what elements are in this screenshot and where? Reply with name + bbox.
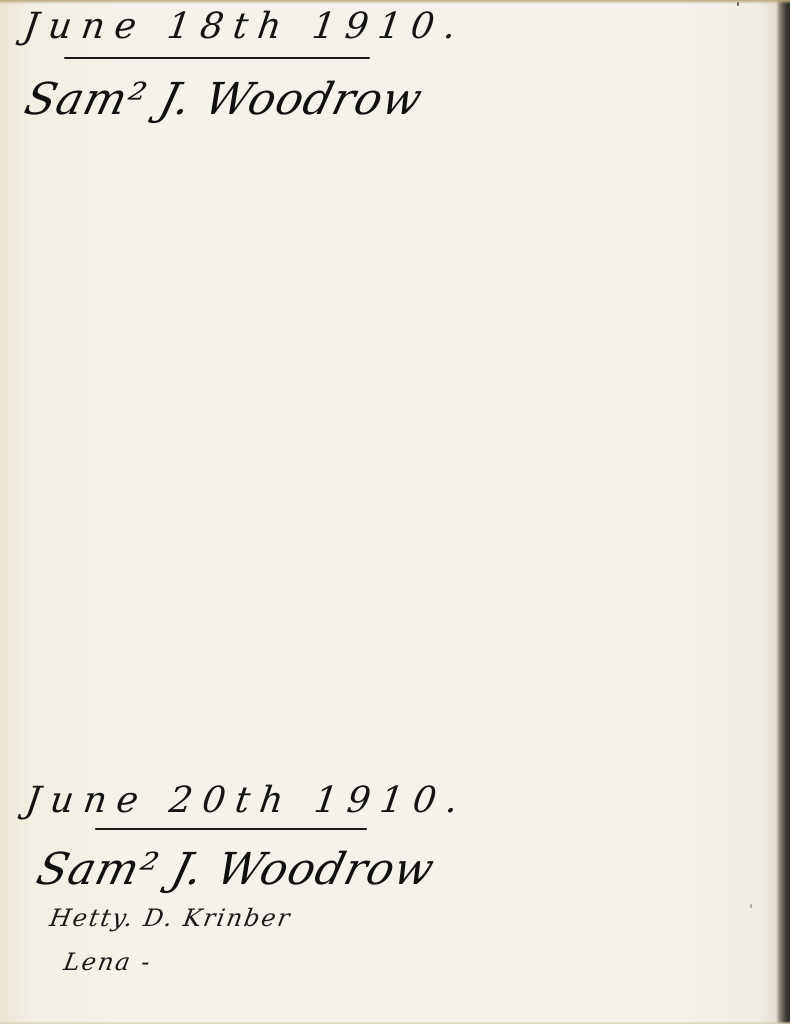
entry-signature: Sam² J. Woodrow [20,74,428,125]
entry-2: June 20th 1910. Sam² J. Woodrow Hetty. D… [0,770,450,990]
entry-note-name: Hetty. D. Krinber [48,904,294,932]
entry-date: June 18th 1910. [21,6,468,47]
date-underline [95,828,367,830]
date-underline [64,57,370,59]
entry-1: June 18th 1910. Sam² J. Woodrow [0,0,450,160]
entry-date: June 20th 1910. [23,780,470,821]
entry-note-line: Lena - [62,948,155,976]
entry-signature: Sam² J. Woodrow [32,844,440,895]
register-page: June 18th 1910. Sam² J. Woodrow June 20t… [0,0,790,1024]
paper-speck [750,904,752,908]
paper-speck [737,2,739,6]
